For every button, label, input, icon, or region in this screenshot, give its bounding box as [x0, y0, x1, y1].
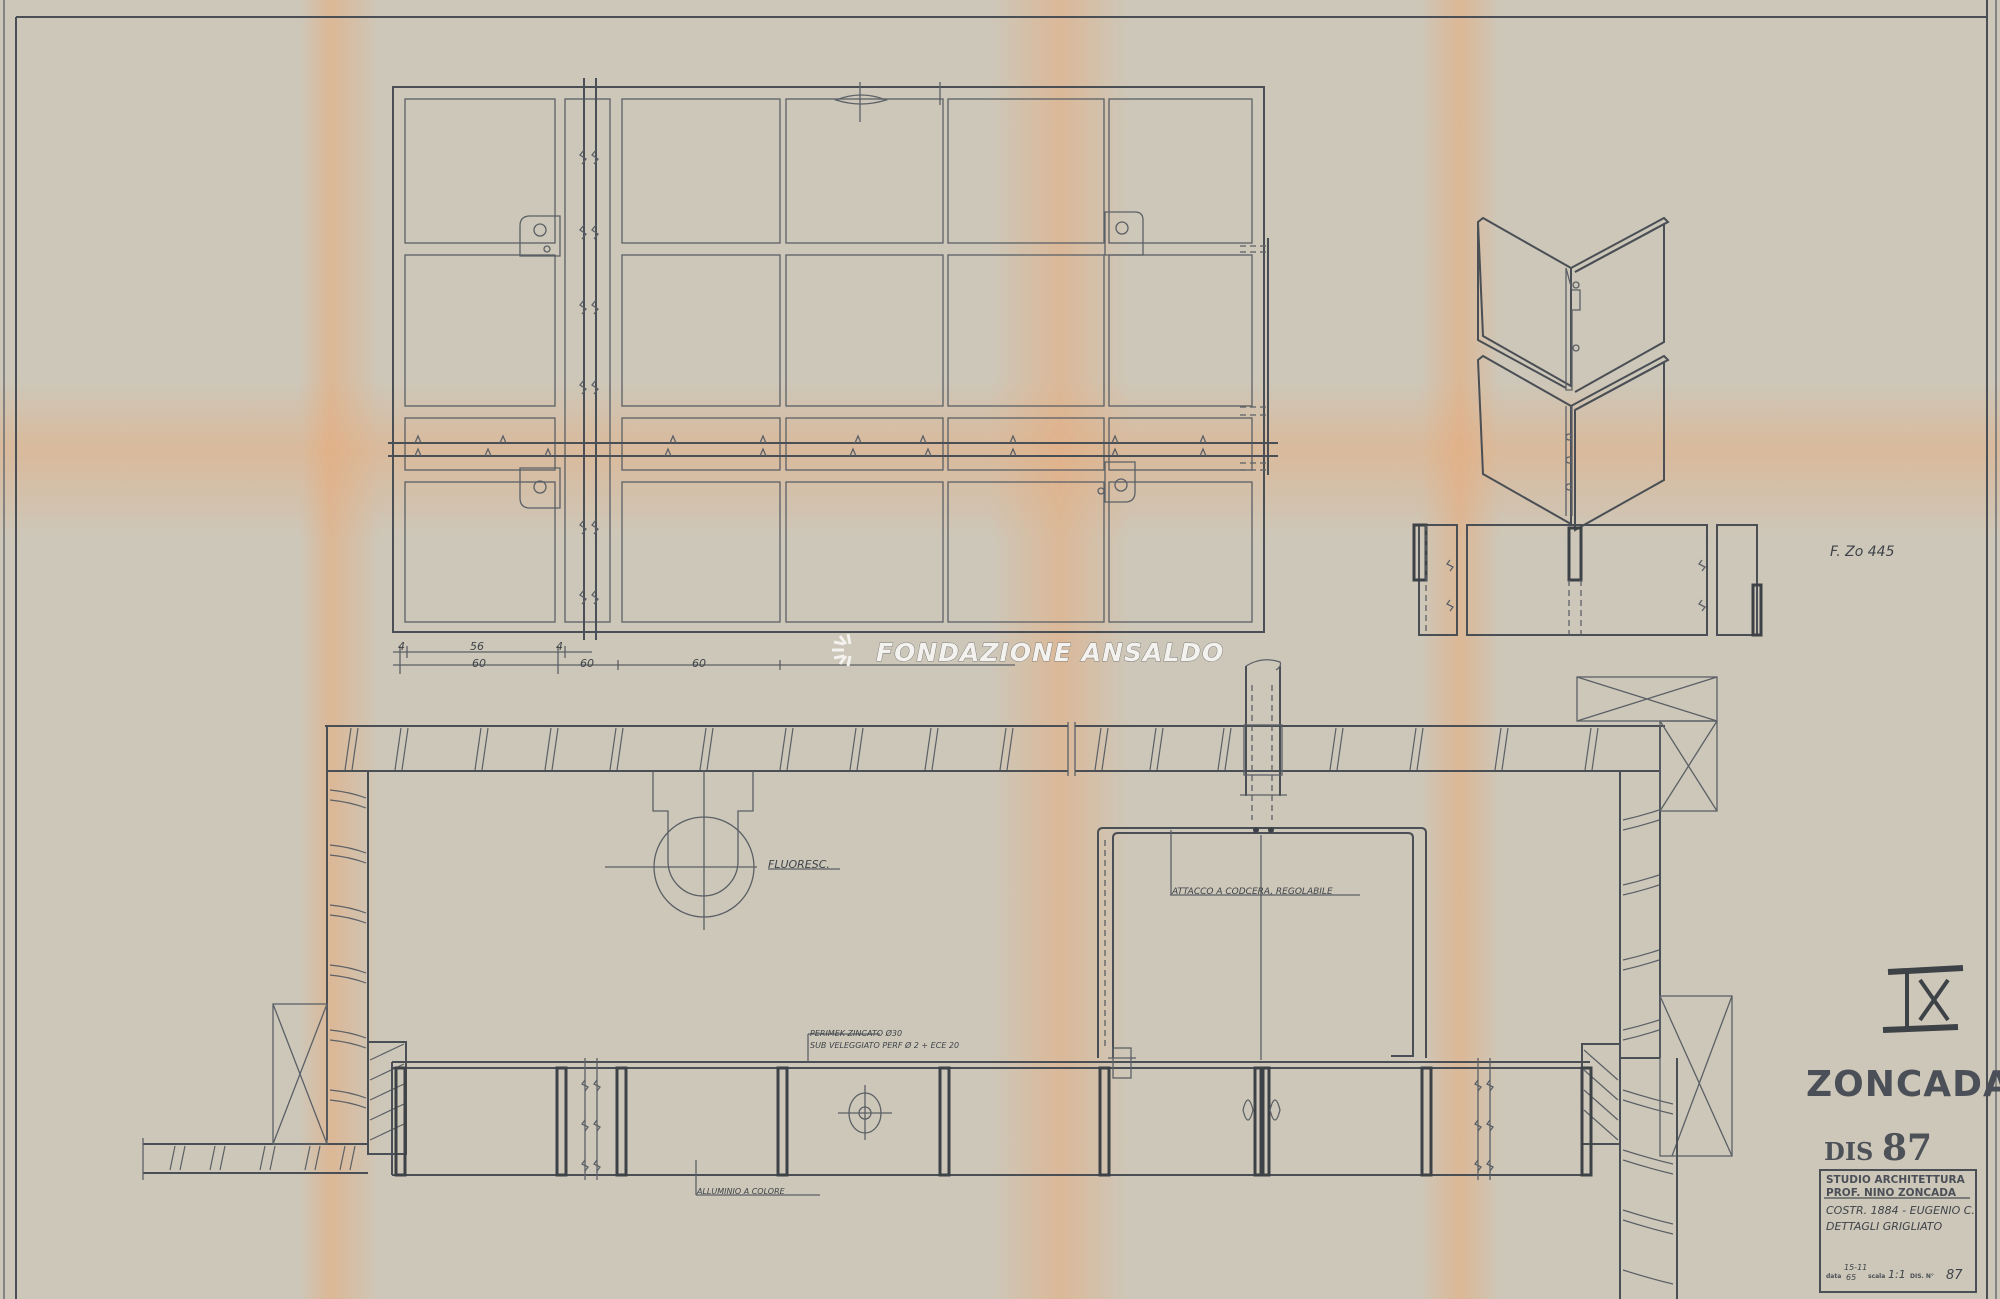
annotation-profile-line2: SUB VELEGGIATO PERF Ø 2 + ECE 20 [810, 1040, 959, 1050]
corner-bracket [1105, 212, 1143, 255]
dimension-label: 4 [556, 640, 563, 653]
date-value-bottom: 65 [1846, 1273, 1856, 1282]
margin-note: F. Zo 445 [1830, 544, 1895, 560]
project-line2: DETTAGLI GRIGLIATO [1826, 1220, 1943, 1233]
annotation-profile-line1: PERIMEK ZINCATO Ø30 [810, 1028, 902, 1038]
project-line1: COSTR. 1884 - EUGENIO C. [1826, 1204, 1975, 1217]
drawing-sheet: 4 56 4 60 60 60 [0, 0, 2000, 1299]
isometric-corner-detail [1414, 218, 1761, 635]
watermark: FONDAZIONE ANSALDO [832, 634, 1224, 667]
section-view [143, 660, 1732, 1299]
studio-line2: PROF. NINO ZONCADA [1826, 1187, 1957, 1199]
dimension-label: 60 [580, 657, 594, 670]
annotation-fluorescent: FLUORESC. [768, 858, 830, 871]
annotation-hanger: ATTACCO A CODCERA, REGOLABILE [1171, 887, 1333, 897]
dis-number: 87 [1882, 1127, 1932, 1169]
scale-value: 1:1 [1888, 1268, 1906, 1281]
plan-view-grid [388, 78, 1278, 640]
corner-bracket [520, 468, 560, 508]
date-label: data [1826, 1273, 1841, 1280]
dimension-label: 4 [398, 640, 405, 653]
studio-line1: STUDIO ARCHITETTURA [1826, 1174, 1966, 1186]
corner-bracket [520, 216, 560, 256]
watermark-text: FONDAZIONE ANSALDO [876, 638, 1224, 667]
dimension-label: 56 [470, 640, 484, 653]
dis-label: DIS [1824, 1137, 1873, 1166]
dimension-label: 60 [692, 657, 706, 670]
drawing-value: 87 [1946, 1268, 1963, 1283]
annotation-color-note: ALLUMINIO A COLORE [696, 1187, 786, 1196]
architect-stamp: ZONCADA [1806, 1064, 2000, 1105]
roman-number-text: IX [0, 0, 1, 1]
dimension-label: 60 [472, 657, 486, 670]
drawing-label: DIS. N° [1910, 1273, 1934, 1280]
technical-drawing: 4 56 4 60 60 60 [0, 0, 2000, 1299]
scale-label: scala [1868, 1273, 1885, 1280]
ansaldo-swirl-logo-icon [832, 634, 850, 666]
date-value-top: 15-11 [1844, 1263, 1867, 1272]
roman-numeral: IX [0, 0, 1963, 1030]
